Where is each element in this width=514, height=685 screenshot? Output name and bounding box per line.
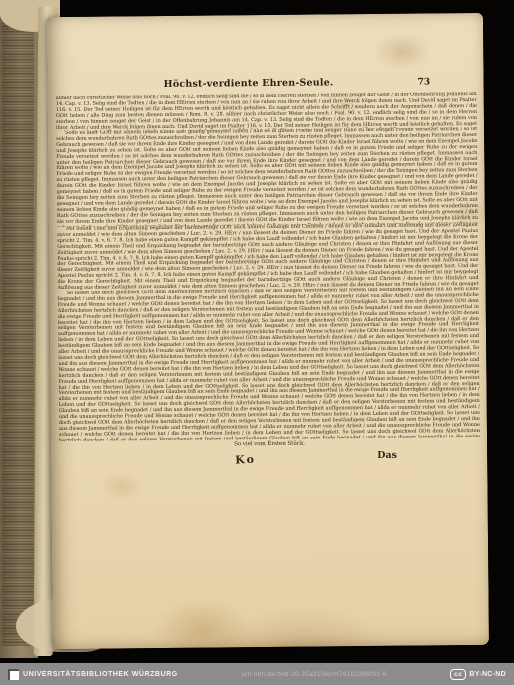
license-text: BY-NC-ND [469, 671, 506, 678]
paragraph-4: So lasset uns doch gleichwol GOtt dem Al… [58, 287, 480, 441]
paragraph-1: allhier nach christlicher Weise also noc… [56, 92, 477, 131]
catchword: Das [377, 450, 397, 461]
library-logo-icon [8, 669, 19, 680]
footer-bar: UNIVERSITÄTSBIBLIOTHEK WÜRZBURG urn:nbn:… [0, 663, 514, 685]
signature-mark: Ko [235, 453, 256, 467]
book-page: Höchst-verdiente Ehren-Seule. 73 allhier… [47, 13, 489, 649]
library-brand: UNIVERSITÄTSBIBLIOTHEK WÜRZBURG [8, 669, 178, 680]
urn-identifier: urn:nbn:de:bvb:20-35a315term76162389/93-… [241, 671, 386, 678]
cc-icon: cc [450, 669, 466, 680]
paragraph-3: Mit einem Theil und Erquickung begnadet … [57, 223, 479, 291]
facing-page-text-texture [2, 6, 34, 646]
scan-viewport: Höchst-verdiente Ehren-Seule. 73 allhier… [0, 0, 514, 663]
running-header: Höchst-verdiente Ehren-Seule. [164, 77, 334, 90]
running-header-row: Höchst-verdiente Ehren-Seule. 73 [48, 76, 484, 93]
paragraph-2: Solte es aber GOtt mit seinem lieben Kin… [56, 127, 478, 227]
cc-license-badge: cc BY-NC-ND [450, 669, 506, 680]
text-block: allhier nach christlicher Weise also noc… [56, 92, 480, 449]
library-name: UNIVERSITÄTSBIBLIOTHEK WÜRZBURG [23, 671, 178, 678]
page-number: 73 [418, 77, 431, 87]
closing-line: So viel vom Ersten Stück. [59, 439, 480, 449]
facing-page-edge [0, 0, 38, 658]
